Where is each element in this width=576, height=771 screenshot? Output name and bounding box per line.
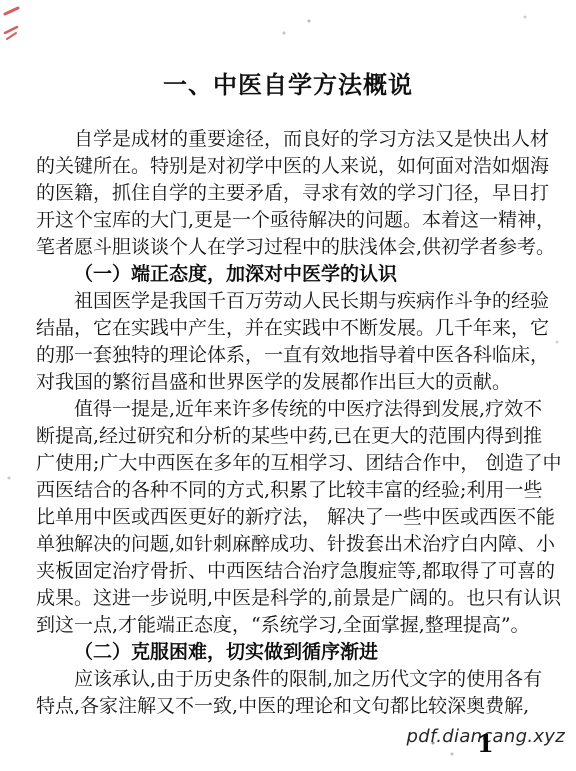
text-line: 对我国的繁衍昌盛和世界医学的发展都作出巨大的贡献。: [36, 369, 550, 396]
text-line: 自学是成材的重要途径，而良好的学习方法又是快出人材: [36, 126, 550, 153]
text-line: 夹板固定治疗骨折、中西医结合治疗急腹症等,都取得了可喜的: [36, 558, 550, 585]
text-line: 西医结合的各种不同的方式,积累了比较丰富的经验;利用一些: [36, 477, 550, 504]
page-title: 一、中医自学方法概说: [0, 65, 576, 100]
text-line: 断提高,经过研究和分析的某些中药,已在更大的范围内得到推: [36, 423, 550, 450]
text-line: 祖国医学是我国千百万劳动人民长期与疾病作斗争的经验: [36, 288, 550, 315]
text-line: 结晶，它在实践中产生，并在实践中不断发展。几千年来，它: [36, 315, 550, 342]
text-line: 到这一点,才能端正态度，“系统学习,全面掌握,整理提高”。: [36, 612, 550, 639]
scan-speck-noise: [0, 0, 2, 2]
text-line: 广使用;广大中西医在多年的互相学习、团结合作中， 创造了中: [36, 450, 550, 477]
red-pen-marks-icon: [3, 5, 21, 43]
text-line: 应该承认,由于历史条件的限制,加之历代文字的使用各有: [36, 666, 550, 693]
text-line: 开这个宝库的大门,更是一个亟待解决的问题。本着这一精神，: [36, 207, 550, 234]
section-heading-1: （一）端正态度，加深对中医学的认识: [36, 261, 550, 288]
text-line: 成果。这进一步说明,中医是科学的,前景是广阔的。也只有认识: [36, 585, 550, 612]
text-line: 的那一套独特的理论体系，一直有效地指导着中医各科临床，: [36, 342, 550, 369]
text-line: 笔者愿斗胆谈谈个人在学习过程中的肤浅体会,供初学者参考。: [36, 234, 550, 261]
text-line: 特点,各家注解又不一致,中医的理论和文句都比较深奥费解,: [36, 693, 550, 720]
text-line: 单独解决的问题,如针刺麻醉成功、针拨套出术治疗白内障、小: [36, 531, 550, 558]
scanned-book-page: 一、中医自学方法概说 自学是成材的重要途径，而良好的学习方法又是快出人材 的关键…: [0, 0, 576, 771]
body-text-column: 自学是成材的重要途径，而良好的学习方法又是快出人材 的关键所在。特别是对初学中医…: [36, 126, 550, 720]
section-heading-2: （二）克服困难，切实做到循序渐进: [36, 639, 550, 666]
text-line: 的医籍，抓住自学的主要矛盾，寻求有效的学习门径，早日打: [36, 180, 550, 207]
text-line: 的关键所在。特别是对初学中医的人来说，如何面对浩如烟海: [36, 153, 550, 180]
text-line: 比单用中医或西医更好的新疗法， 解决了一些中医或西医不能: [36, 504, 550, 531]
text-line: 值得一提是,近年来许多传统的中医疗法得到发展,疗效不: [36, 396, 550, 423]
page-number: 1: [477, 731, 494, 757]
